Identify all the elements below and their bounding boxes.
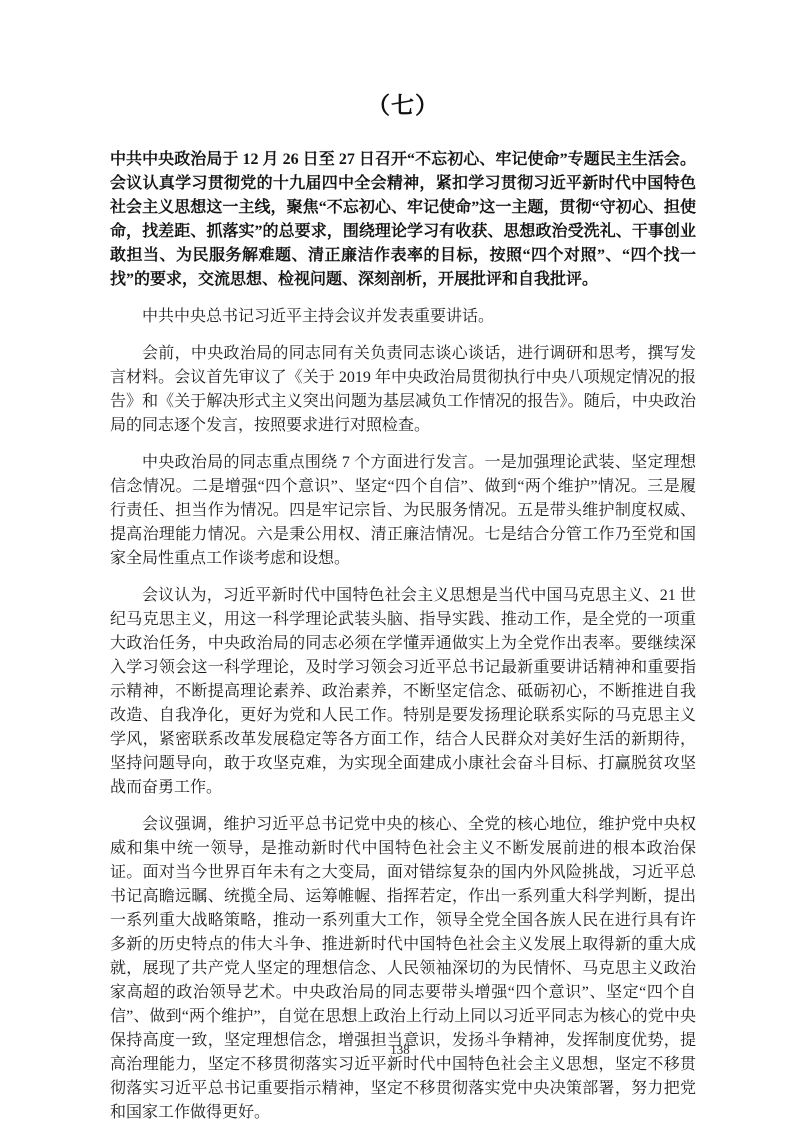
paragraph-meeting-overview: 中共中央政治局于 12 月 26 日至 27 日召开“不忘初心、牢记使命”专题民… <box>110 148 696 292</box>
document-page: （七） 中共中央政治局于 12 月 26 日至 27 日召开“不忘初心、牢记使命… <box>0 0 800 1133</box>
paragraph-seven-aspects: 中央政治局的同志重点围绕 7 个方面进行发言。一是加强理论武装、坚定理想信念情况… <box>110 451 696 571</box>
paragraph-meeting-holds: 会议认为，习近平新时代中国特色社会主义思想是当代中国马克思主义、21 世纪马克思… <box>110 584 696 800</box>
section-title: （七） <box>110 90 696 122</box>
page-number: 138 <box>0 1042 800 1058</box>
paragraph-chair-statement: 中共中央总书记习近平主持会议并发表重要讲话。 <box>110 305 696 329</box>
paragraph-pre-meeting-preparation: 会前，中央政治局的同志同有关负责同志谈心谈话，进行调研和思考，撰写发言材料。会议… <box>110 342 696 438</box>
paragraph-meeting-emphasizes: 会议强调，维护习近平总书记党中央的核心、全党的核心地位，维护党中央权威和集中统一… <box>110 813 696 1125</box>
document-body: 中共中央政治局于 12 月 26 日至 27 日召开“不忘初心、牢记使命”专题民… <box>110 148 696 1125</box>
